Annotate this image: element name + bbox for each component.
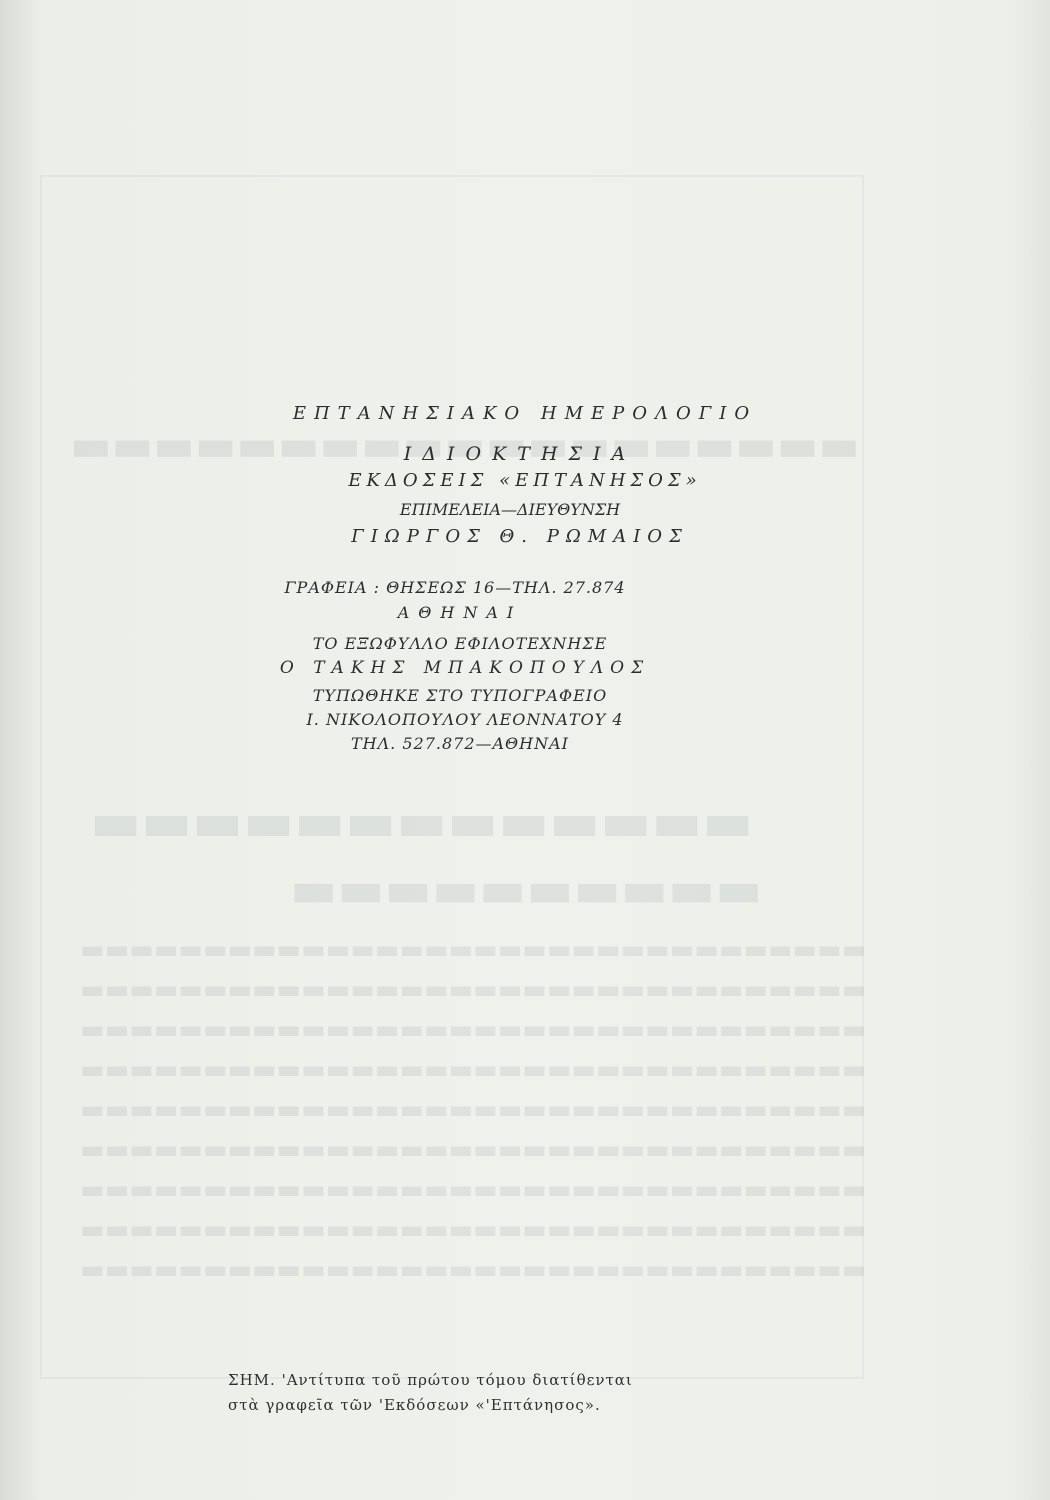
footnote-line-1: ΣΗΜ. 'Αντίτυπα τοῦ πρώτου τόμου διατίθεν… <box>228 1368 708 1393</box>
city: ΑΘΗΝΑΙ <box>0 605 920 621</box>
publisher: ΕΚΔΟΣΕΙΣ «ΕΠΤΑΝΗΣΟΣ» <box>0 472 1050 490</box>
show-through-text: ▬▬▬▬▬▬▬▬▬▬▬▬▬ <box>90 790 753 853</box>
title: ΕΠΤΑΝΗΣΙΑΚΟ ΗΜΕΡΟΛΟΓΙΟ <box>0 405 1050 423</box>
document-page: ▬▬▬▬▬▬▬▬▬▬▬▬▬▬▬▬▬▬▬ ▬▬▬▬▬▬▬▬▬▬▬▬▬ ▬▬▬▬▬▬… <box>0 0 1050 1500</box>
printer: Ι. ΝΙΚΟΛΟΠΟΥΛΟΥ ΛΕΟΝΝΑΤΟΥ 4 <box>0 712 930 728</box>
editor: ΓΙΩΡΓΟΣ Θ. ΡΩΜΑΙΟΣ <box>0 528 1040 546</box>
ownership: ΙΔΙΟΚΤΗΣΙΑ <box>0 445 1040 464</box>
cover-artist: Ο ΤΑΚΗΣ ΜΠΑΚΟΠΟΥΛΟΣ <box>0 660 930 677</box>
printed-label: ΤΥΠΩΘΗΚΕ ΣΤΟ ΤΥΠΟΓΡΑΦΕΙΟ <box>0 688 920 704</box>
show-through-text: ▬▬▬▬▬▬▬▬▬▬ <box>290 860 762 918</box>
editing-label: ΕΠΙΜΕΛΕΙΑ—ΔΙΕΥΘΥΝΣΗ <box>0 502 1020 518</box>
show-through-text: ▬▬▬▬▬▬▬▬▬▬▬▬▬▬▬▬▬▬▬▬▬▬▬▬▬▬▬▬▬▬▬▬▬▬▬▬▬▬▬▬… <box>80 930 866 1290</box>
printer-phone: ΤΗΛ. 527.872—ΑΘΗΝΑΙ <box>0 736 920 752</box>
cover-label: ΤΟ ΕΞΩΦΥΛΛΟ ΕΦΙΛΟΤΕΧΝΗΣΕ <box>0 636 920 652</box>
offices: ΓΡΑΦΕΙΑ : ΘΗΣΕΩΣ 16—ΤΗΛ. 27.874 <box>0 580 910 596</box>
footnote-line-2: στὰ γραφεῖα τῶν 'Εκδόσεων «'Επτάνησος». <box>228 1393 708 1418</box>
footnote: ΣΗΜ. 'Αντίτυπα τοῦ πρώτου τόμου διατίθεν… <box>228 1368 708 1418</box>
